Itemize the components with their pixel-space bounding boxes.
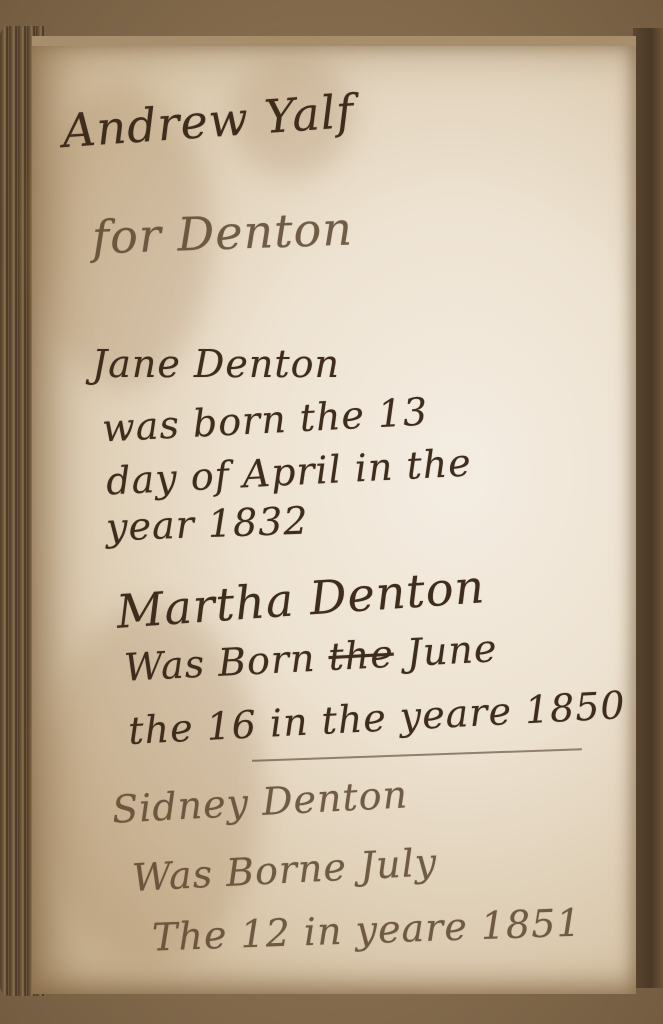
entry-jane-line-3: day of April in the [105, 440, 473, 503]
martha-was-born: Was Born [123, 636, 316, 690]
book-cover-right [633, 28, 663, 988]
entry-jane-line-2: was born the 13 [101, 389, 429, 450]
book: Andrew Yalf for Denton Jane Denton was b… [0, 22, 663, 1000]
header-line-2: for Denton [91, 201, 354, 264]
struck-word: the [327, 632, 394, 679]
entry-martha-line-1: Martha Denton [115, 559, 487, 639]
entry-jane-line-1: Jane Denton [92, 342, 340, 386]
martha-month: June [406, 626, 499, 675]
document-page: Andrew Yalf for Denton Jane Denton was b… [32, 36, 636, 994]
entry-jane-line-4: year 1832 [105, 498, 309, 549]
underline [252, 748, 582, 762]
